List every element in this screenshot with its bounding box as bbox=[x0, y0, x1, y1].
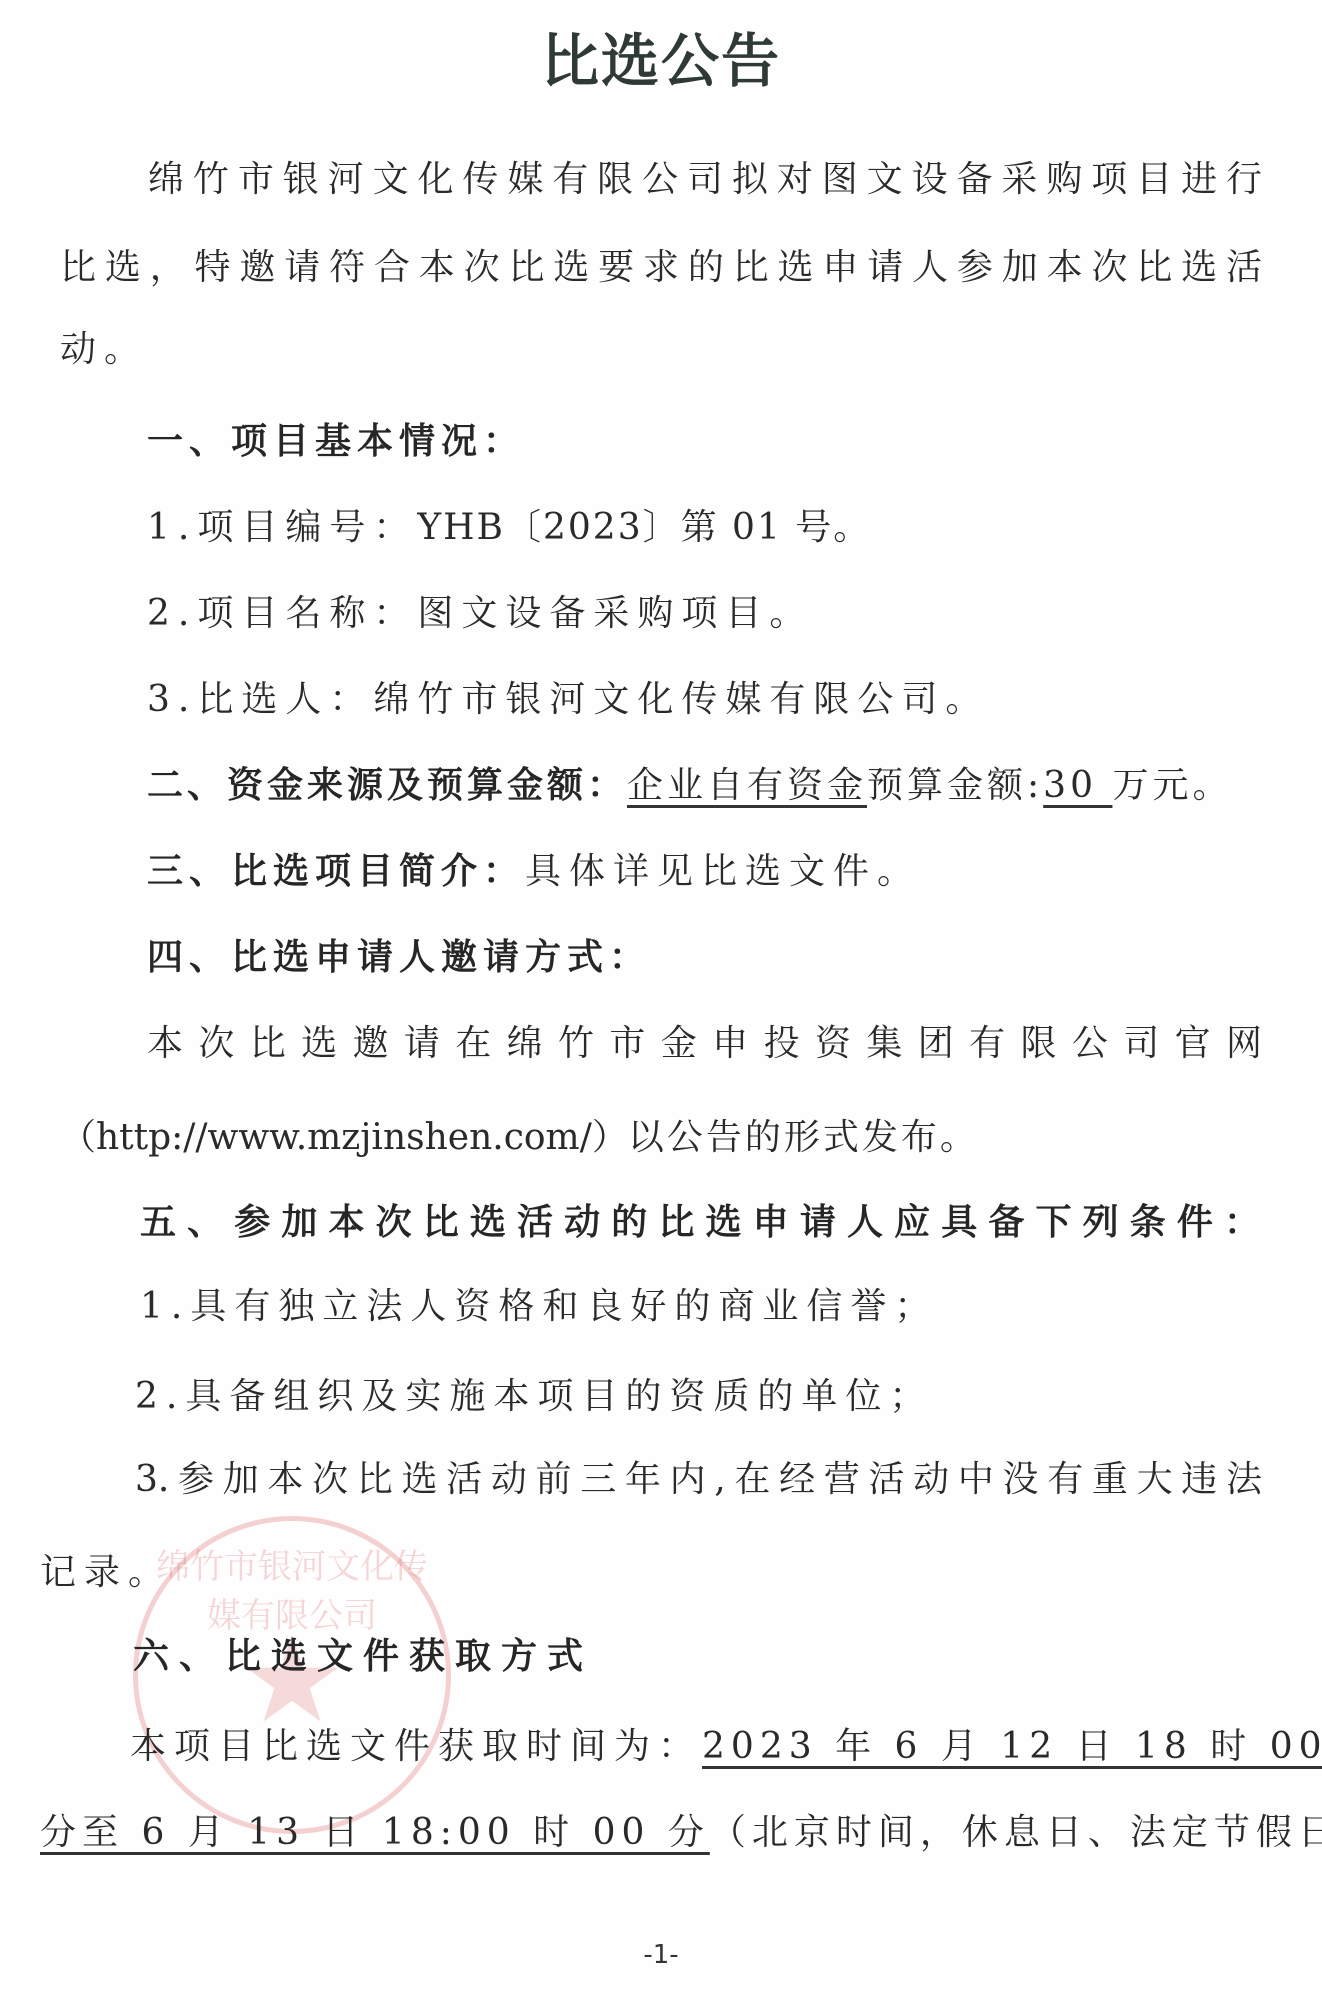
intro-line-1: 绵竹市银河文化传媒有限公司拟对图文设备采购项目进行 bbox=[148, 158, 1262, 202]
condition-3-line-2: 记录。 bbox=[40, 1551, 172, 1595]
selector-label: 3.比选人： bbox=[147, 679, 373, 720]
section-3-text: 具体详见比选文件。 bbox=[525, 851, 921, 892]
section-4-line-1: 本次比选邀请在绵竹市金申投资集团有限公司官网 bbox=[147, 1022, 1262, 1066]
acquisition-time-end: 分至 6 月 13 日 18:00 时 00 分 bbox=[40, 1811, 710, 1855]
condition-3-line-1: 3.参加本次比选活动前三年内,在经营活动中没有重大违法 bbox=[135, 1458, 1262, 1502]
section-5-heading: 五、参加本次比选活动的比选申请人应具备下列条件： bbox=[140, 1201, 1260, 1245]
acquisition-time-label: 本项目比选文件获取时间为： bbox=[130, 1725, 702, 1769]
website-url: （http://www.mzjinshen.com/） bbox=[60, 1117, 628, 1158]
section-3-row: 三、比选项目简介：具体详见比选文件。 bbox=[147, 850, 921, 894]
condition-1: 1.具有独立法人资格和良好的商业信誉； bbox=[140, 1285, 938, 1329]
project-name-label: 2.项目名称： bbox=[147, 593, 417, 634]
acquisition-time-line-2: 分至 6 月 13 日 18:00 时 00 分（北京时间，休息日、法定节假日 bbox=[40, 1811, 1262, 1855]
project-name-row: 2.项目名称：图文设备采购项目。 bbox=[147, 592, 813, 636]
project-number-value: YHB〔2023〕第 01 号。 bbox=[417, 507, 871, 548]
project-number-label: 1.项目编号： bbox=[147, 507, 417, 548]
document-page: 比选公告 绵竹市银河文化传媒有限公司拟对图文设备采购项目进行 比选，特邀请符合本… bbox=[0, 0, 1322, 1997]
funding-source: 企业自有资金 bbox=[627, 765, 867, 806]
section-6-heading: 六、比选文件获取方式 bbox=[133, 1635, 593, 1679]
page-title: 比选公告 bbox=[0, 26, 1322, 96]
condition-2: 2.具备组织及实施本项目的资质的单位； bbox=[135, 1375, 933, 1419]
intro-line-3: 动。 bbox=[60, 328, 148, 372]
section-4-line-2: （http://www.mzjinshen.com/）以公告的形式发布。 bbox=[60, 1116, 979, 1160]
selector-value: 绵竹市银河文化传媒有限公司。 bbox=[373, 679, 989, 720]
section-4-line-2-rest: 以公告的形式发布。 bbox=[628, 1117, 979, 1158]
budget-unit: 万元。 bbox=[1112, 765, 1232, 806]
project-number-row: 1.项目编号：YHB〔2023〕第 01 号。 bbox=[147, 506, 871, 550]
acquisition-time-note: （北京时间，休息日、法定节假日 bbox=[710, 1811, 1322, 1855]
selector-row: 3.比选人：绵竹市银河文化传媒有限公司。 bbox=[147, 678, 989, 722]
section-1-heading: 一、项目基本情况： bbox=[147, 420, 525, 464]
page-number: -1- bbox=[0, 1940, 1322, 1970]
budget-amount: 30 bbox=[1043, 765, 1112, 806]
acquisition-time-start: 2023 年 6 月 12 日 18 时 00 bbox=[702, 1725, 1322, 1769]
section-2-heading: 二、资金来源及预算金额： bbox=[147, 765, 627, 806]
budget-label: 预算金额: bbox=[867, 765, 1043, 806]
intro-line-2: 比选，特邀请符合本次比选要求的比选申请人参加本次比选活 bbox=[60, 246, 1262, 290]
section-4-heading: 四、比选申请人邀请方式： bbox=[147, 936, 651, 980]
section-3-heading: 三、比选项目简介： bbox=[147, 851, 525, 892]
section-2-row: 二、资金来源及预算金额：企业自有资金预算金额:30 万元。 bbox=[147, 764, 1232, 808]
project-name-value: 图文设备采购项目。 bbox=[417, 593, 813, 634]
acquisition-time-line-1: 本项目比选文件获取时间为： 2023 年 6 月 12 日 18 时 00 bbox=[130, 1725, 1265, 1769]
